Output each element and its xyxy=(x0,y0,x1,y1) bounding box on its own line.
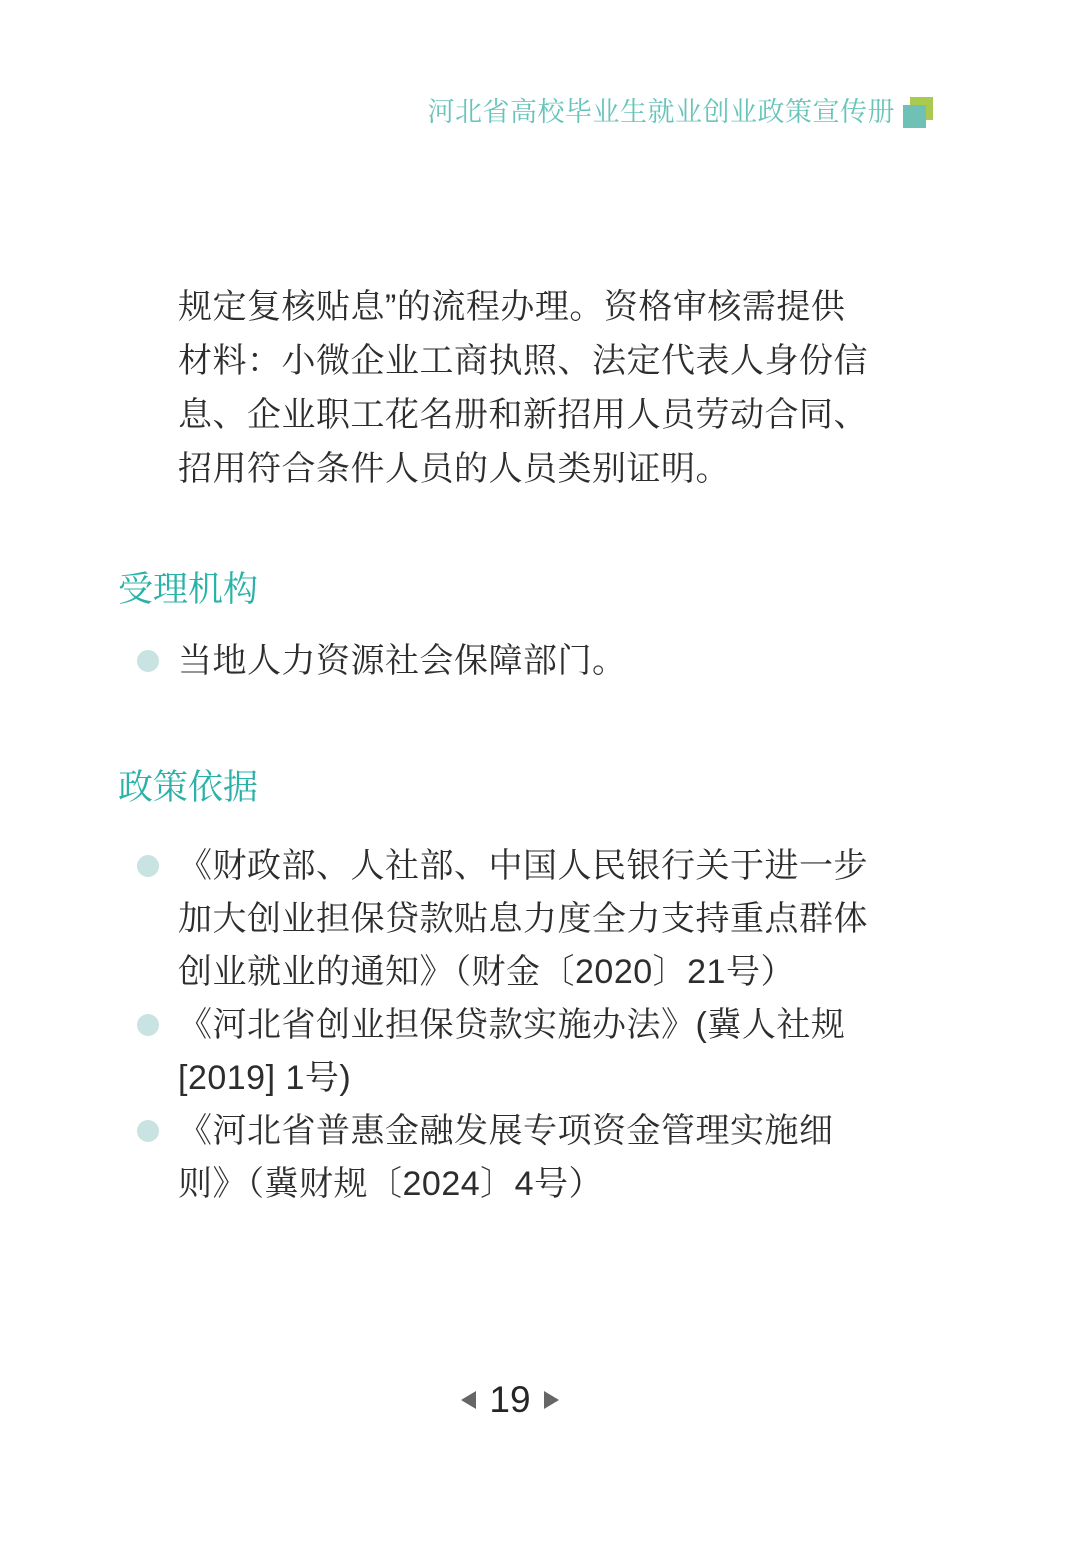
list-item-text: 《财政部、人社部、中国人民银行关于进一步 加大创业担保贷款贴息力度全力支持重点群… xyxy=(178,840,868,999)
list-item-line: 加大创业担保贷款贴息力度全力支持重点群体 xyxy=(178,900,868,938)
list-item-text: 《河北省创业担保贷款实施办法》(冀人社规 [2019] 1号) xyxy=(178,999,845,1105)
next-page-icon[interactable] xyxy=(544,1391,559,1409)
policy-basis-list: 《财政部、人社部、中国人民银行关于进一步 加大创业担保贷款贴息力度全力支持重点群… xyxy=(137,840,868,1211)
paragraph-line: 材料：小微企业工商执照、法定代表人身份信 xyxy=(178,334,868,388)
bullet-dot-icon xyxy=(137,855,159,877)
prev-page-icon[interactable] xyxy=(461,1391,476,1409)
page-footer: 19 xyxy=(0,1380,1050,1420)
header-title: 河北省高校毕业生就业创业政策宣传册 xyxy=(428,94,896,130)
teal-square-icon xyxy=(903,105,926,128)
list-item: 《财政部、人社部、中国人民银行关于进一步 加大创业担保贷款贴息力度全力支持重点群… xyxy=(137,840,868,999)
body-paragraph: 规定复核贴息”的流程办理。资格审核需提供 材料：小微企业工商执照、法定代表人身份… xyxy=(178,280,868,496)
list-item-line: 《财政部、人社部、中国人民银行关于进一步 xyxy=(178,847,868,885)
list-item: 当地人力资源社会保障部门。 xyxy=(137,635,627,688)
list-item-line: 当地人力资源社会保障部门。 xyxy=(178,642,627,680)
paragraph-line: 息、企业职工花名册和新招用人员劳动合同、 xyxy=(178,388,868,442)
accepting-agency-list: 当地人力资源社会保障部门。 xyxy=(137,635,627,688)
list-item: 《河北省普惠金融发展专项资金管理实施细 则》（冀财规〔2024〕4号） xyxy=(137,1105,868,1211)
page-header: 河北省高校毕业生就业创业政策宣传册 xyxy=(0,94,933,130)
bullet-dot-icon xyxy=(137,1014,159,1036)
list-item-line: 则》（冀财规〔2024〕4号） xyxy=(178,1165,603,1203)
page-number: 19 xyxy=(489,1380,530,1420)
section-heading-policy-basis: 政策依据 xyxy=(118,766,258,810)
list-item-text: 当地人力资源社会保障部门。 xyxy=(178,635,627,688)
bullet-dot-icon xyxy=(137,650,159,672)
paragraph-line: 规定复核贴息”的流程办理。资格审核需提供 xyxy=(178,280,868,334)
list-item-text: 《河北省普惠金融发展专项资金管理实施细 则》（冀财规〔2024〕4号） xyxy=(178,1105,834,1211)
bullet-dot-icon xyxy=(137,1120,159,1142)
section-heading-accepting-agency: 受理机构 xyxy=(118,568,258,612)
list-item-line: [2019] 1号) xyxy=(178,1059,351,1097)
overlapping-squares-icon xyxy=(903,97,933,128)
list-item-line: 创业就业的通知》（财金〔2020〕21号） xyxy=(178,953,795,991)
list-item-line: 《河北省普惠金融发展专项资金管理实施细 xyxy=(178,1112,834,1150)
paragraph-line: 招用符合条件人员的人员类别证明。 xyxy=(178,442,868,496)
list-item-line: 《河北省创业担保贷款实施办法》(冀人社规 xyxy=(178,1006,845,1044)
list-item: 《河北省创业担保贷款实施办法》(冀人社规 [2019] 1号) xyxy=(137,999,868,1105)
document-page: 河北省高校毕业生就业创业政策宣传册 规定复核贴息”的流程办理。资格审核需提供 材… xyxy=(0,0,1080,1546)
